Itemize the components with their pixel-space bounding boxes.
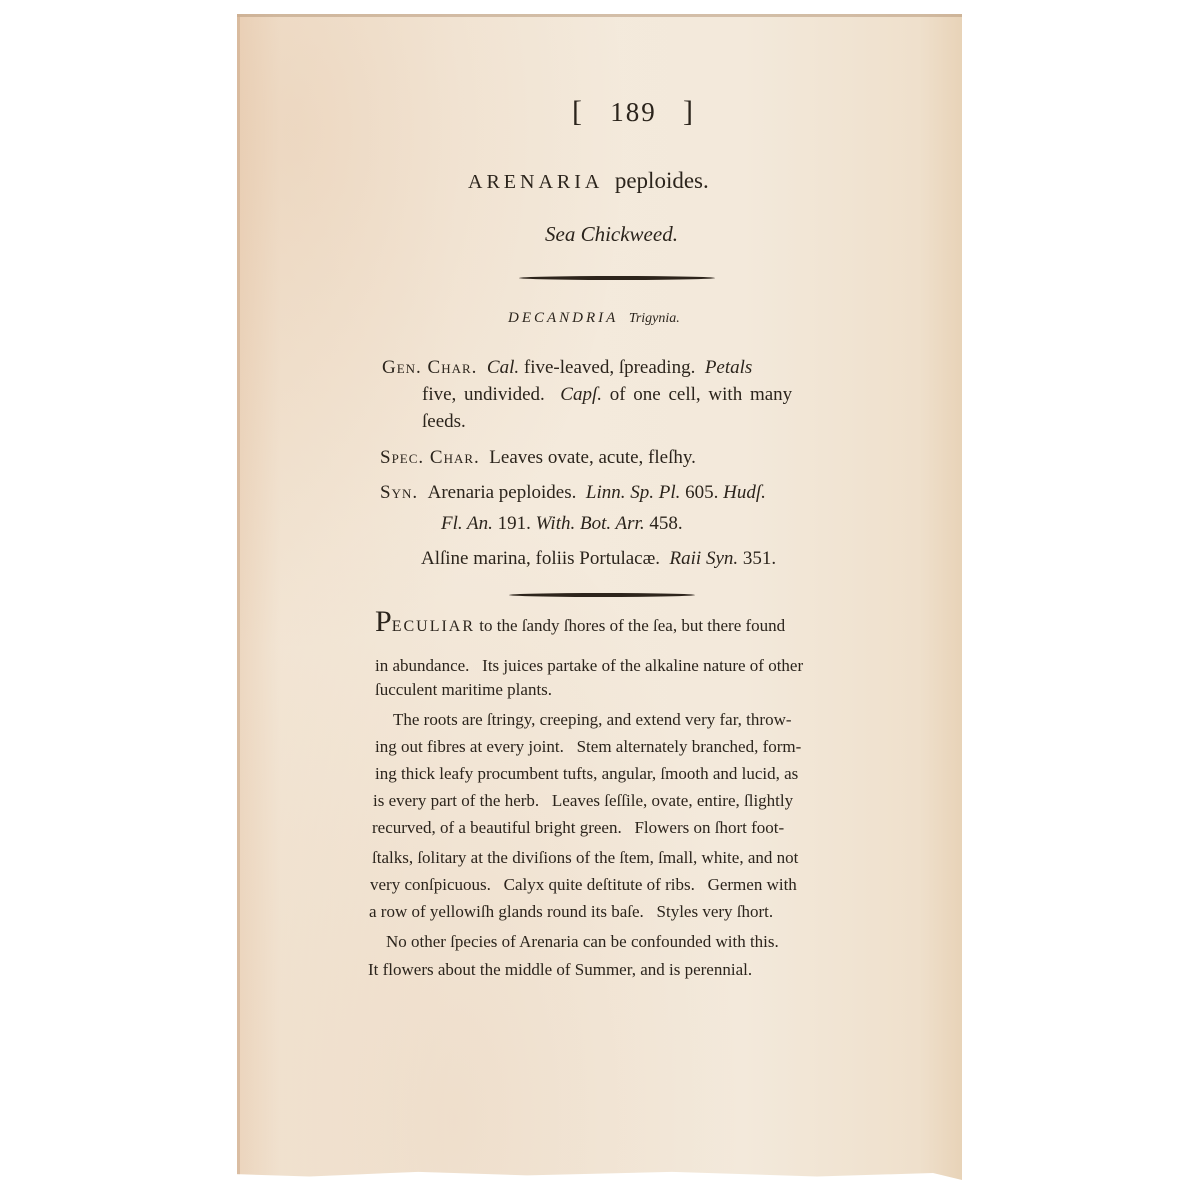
syn-number: 191. (498, 513, 531, 534)
page-number: [ 189 ] (572, 95, 695, 129)
syn-ref: Hudſ. (723, 482, 766, 503)
species-name: peploides. (615, 168, 709, 193)
body-line-5: ing out fibres at every joint. Stem alte… (375, 737, 801, 757)
gen-char-caps: Capſ. (560, 384, 602, 405)
gen-char-line-2: five, undivided. Capſ. of one cell, with… (422, 384, 792, 406)
syn-line-3: Alſine marina, foliis Portulacæ. Raii Sy… (421, 548, 776, 570)
body-line-1: PECULIAR to the ſandy ſhores of the ſea,… (375, 605, 785, 639)
gen-char-line-1: Gen. Char. Cal. five-leaved, ſpreading. … (382, 357, 752, 379)
syn-number: 605. (685, 482, 718, 503)
spec-char-line: Spec. Char. Leaves ovate, acute, fleſhy. (380, 447, 696, 469)
syn-label: Syn. (380, 482, 418, 503)
gen-char-text: five, undivided. (422, 384, 545, 405)
syn-text: Alſine marina, foliis Portulacæ. (421, 548, 660, 569)
order-name: Trigynia. (629, 311, 680, 326)
body-line-7: is every part of the herb. Leaves ſeſſil… (373, 791, 793, 811)
bracket-close: ] (683, 95, 695, 128)
common-name: Sea Chickweed. (545, 222, 678, 247)
gen-char-text: of one cell, with many (610, 384, 792, 405)
syn-text: Arenaria peploides. (428, 482, 577, 503)
gen-char-cal: Cal. (487, 357, 519, 378)
ornamental-rule-top (519, 276, 715, 280)
ornamental-rule-bottom (509, 593, 695, 597)
page-number-value: 189 (610, 97, 657, 127)
spec-char-text: Leaves ovate, acute, fleſhy. (489, 447, 696, 468)
body-line-9: ſtalks, ſolitary at the diviſions of the… (372, 848, 798, 868)
syn-line-2: Fl. An. 191. With. Bot. Arr. 458. (441, 513, 683, 535)
body-line-8: recurved, of a beautiful bright green. F… (372, 818, 784, 838)
syn-number: 458. (649, 513, 682, 534)
genus-name: ARENARIA (468, 171, 603, 193)
linnaean-classification: DECANDRIA Trigynia. (508, 310, 680, 327)
drop-cap: P (375, 605, 392, 638)
body-line-4: The roots are ſtringy, creeping, and ext… (393, 710, 792, 730)
body-line-2: in abundance. Its juices partake of the … (375, 656, 803, 676)
spec-char-label: Spec. Char. (380, 447, 480, 468)
syn-ref: Linn. Sp. Pl. (586, 482, 680, 503)
syn-number: 351. (743, 548, 776, 569)
body-line-12: No other ſpecies of Arenaria can be conf… (386, 932, 779, 952)
syn-ref: With. Bot. Arr. (536, 513, 645, 534)
syn-ref: Raii Syn. (670, 548, 739, 569)
body-line-3: ſucculent maritime plants. (375, 680, 552, 700)
gen-char-text: five-leaved, ſpreading. (524, 357, 695, 378)
species-title: ARENARIA peploides. (468, 168, 709, 194)
body-line-10: very conſpicuous. Calyx quite deſtitute … (370, 875, 797, 895)
gen-char-petals: Petals (705, 357, 753, 378)
small-caps-lead: ECULIAR (392, 618, 475, 635)
syn-ref: Fl. An. (441, 513, 493, 534)
body-text: to the ſandy ſhores of the ſea, but ther… (479, 616, 785, 635)
gen-char-line-3: ſeeds. (422, 411, 466, 433)
bracket-open: [ (572, 95, 584, 128)
body-line-6: ing thick leafy procumbent tufts, angula… (375, 764, 798, 784)
body-line-13: It flowers about the middle of Summer, a… (368, 960, 752, 980)
class-name: DECANDRIA (508, 310, 618, 326)
gen-char-label: Gen. Char. (382, 357, 477, 378)
body-line-11: a row of yellowiſh glands round its baſe… (369, 902, 773, 922)
syn-line-1: Syn. Arenaria peploides. Linn. Sp. Pl. 6… (380, 482, 766, 504)
